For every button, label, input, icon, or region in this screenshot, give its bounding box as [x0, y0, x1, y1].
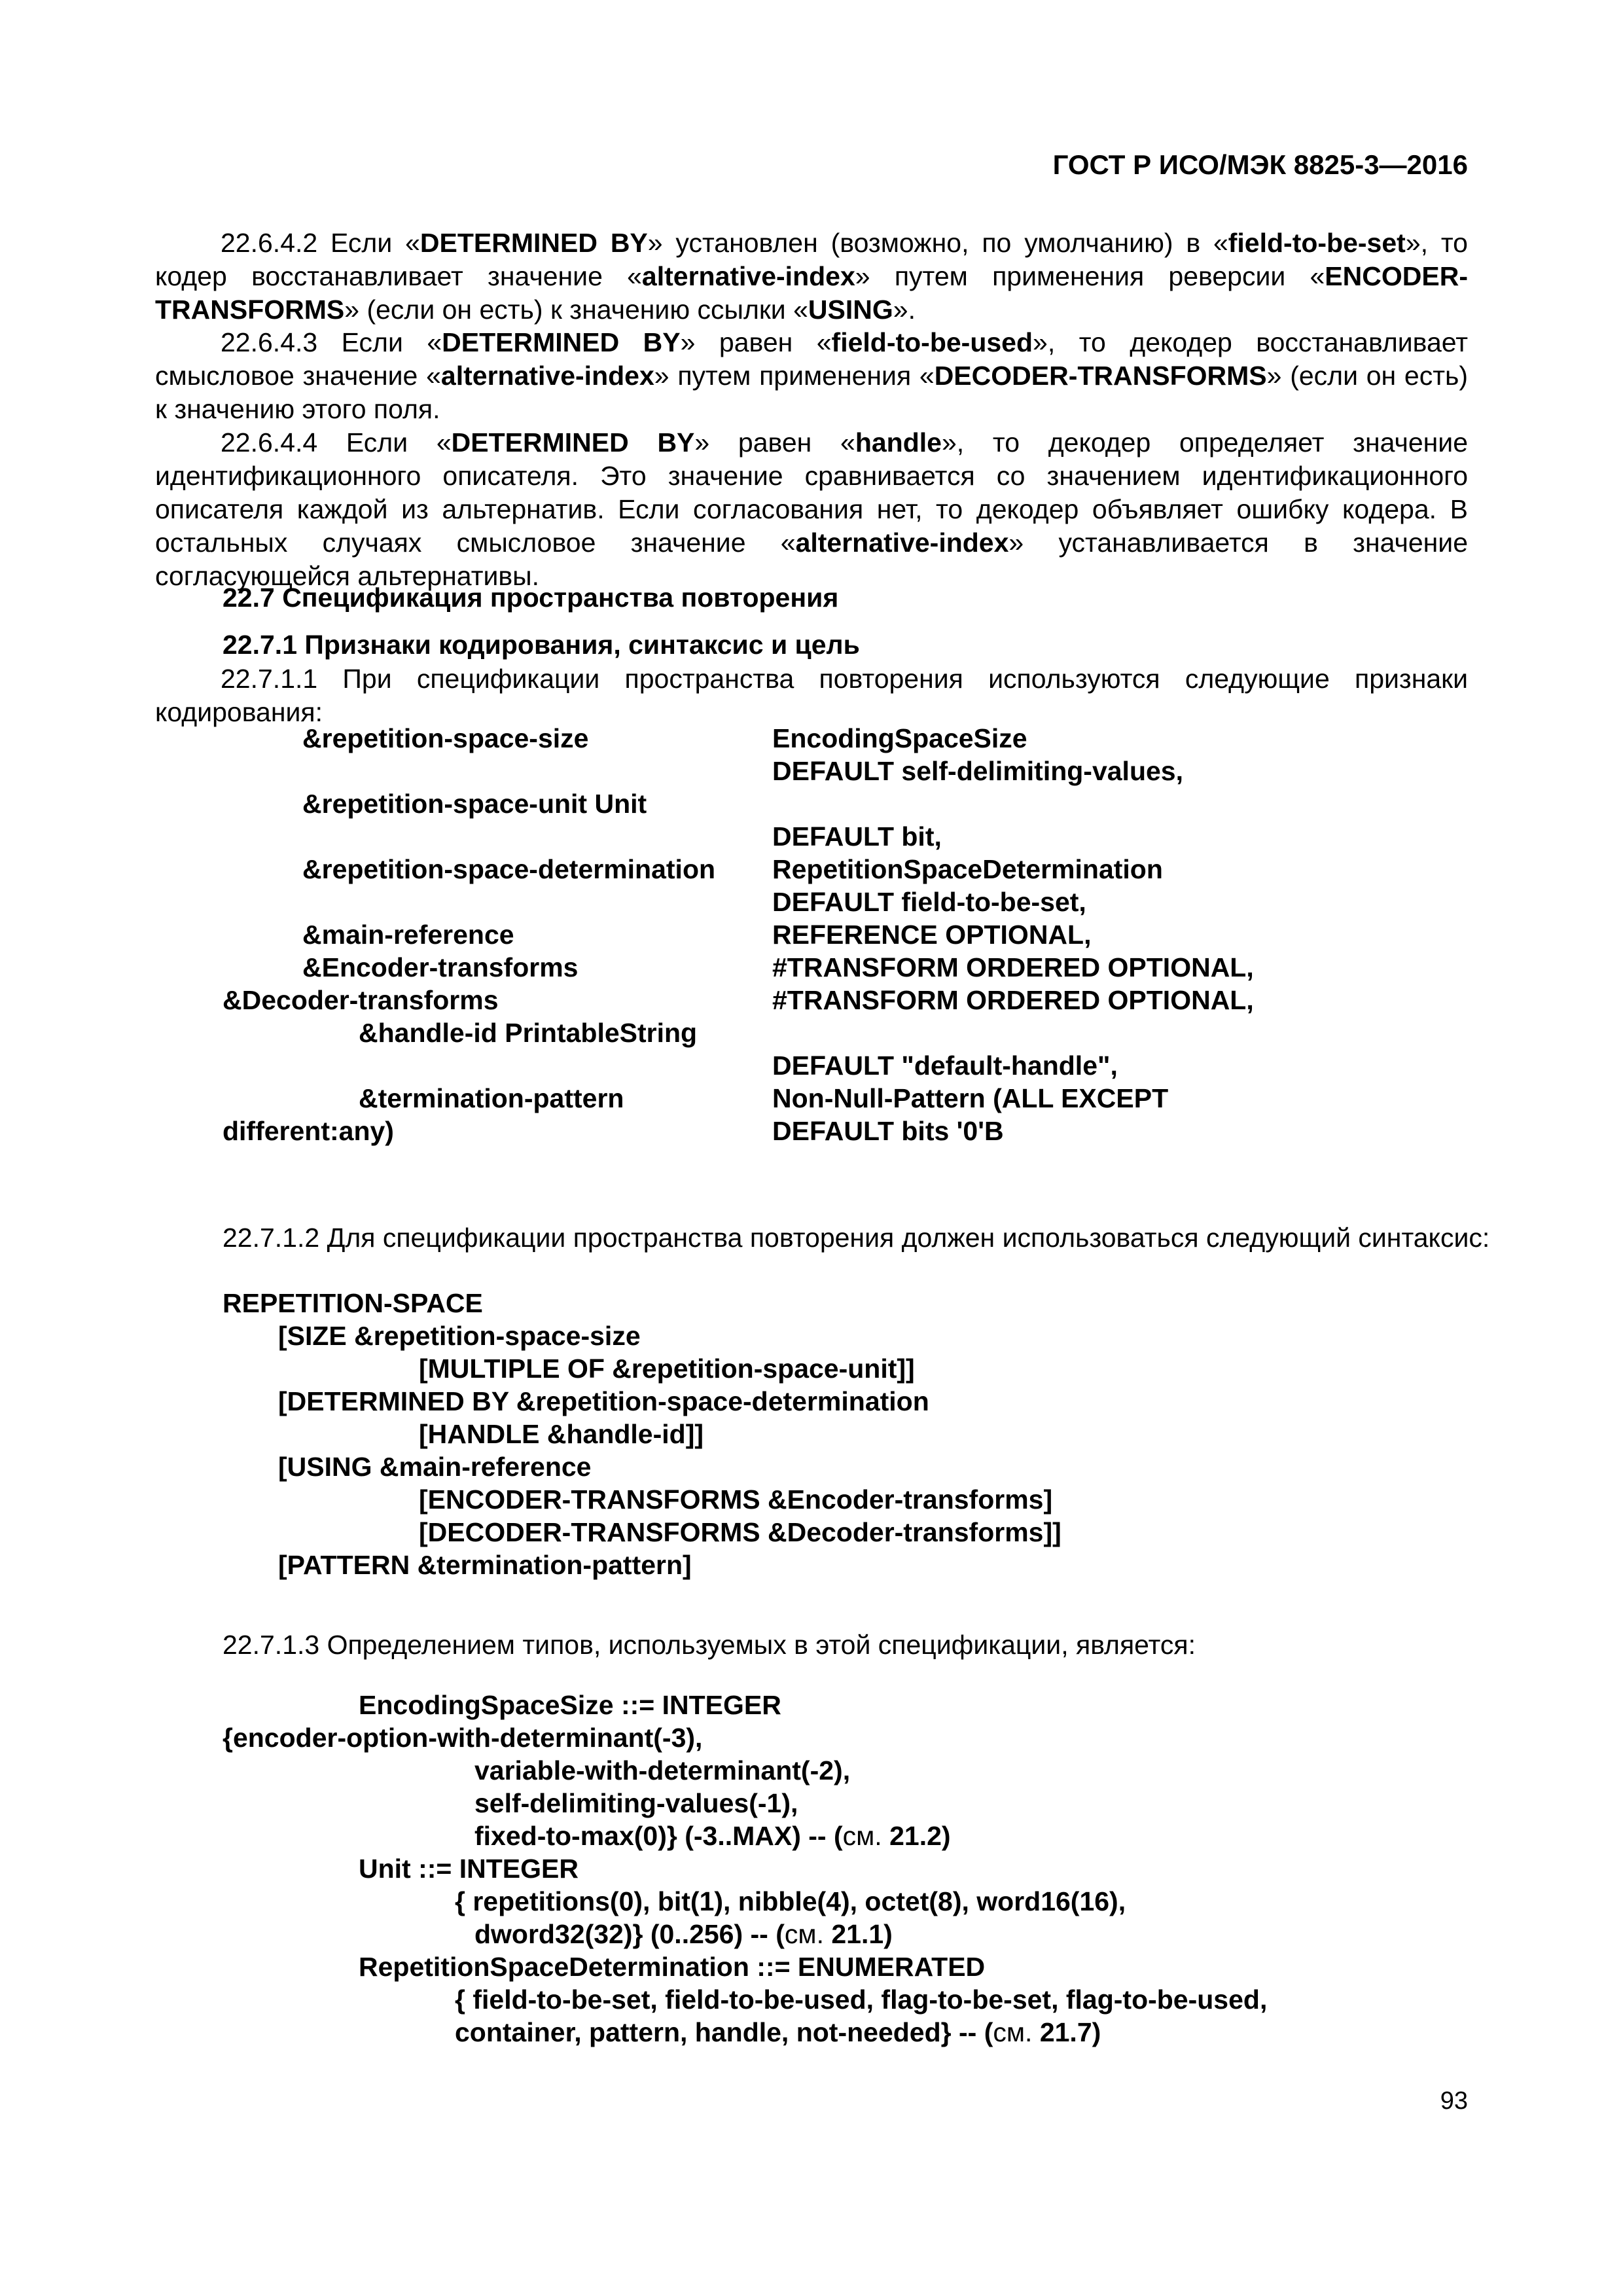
property-type: DEFAULT field-to-be-set, [772, 886, 1086, 919]
syntax-line: REPETITION-SPACE [223, 1287, 483, 1320]
page-number: 93 [1440, 2085, 1468, 2118]
syntax-line: [HANDLE &handle-id]] [419, 1418, 704, 1451]
section-heading-22-7: 22.7 Спецификация пространства повторени… [223, 581, 838, 615]
property-name: &handle-id PrintableString [359, 1016, 697, 1050]
bold-term: DECODER-TRANSFORMS [935, 361, 1267, 391]
type-definition-line: dword32(32)} (0..256) -- (см. 21.1) [474, 1918, 893, 1951]
syntax-line: [DETERMINED BY &repetition-space-determi… [278, 1385, 929, 1418]
syntax-line: [PATTERN &termination-pattern] [278, 1549, 692, 1582]
paragraph-22-6-4-2: 22.6.4.2 Если «DETERMINED BY» установлен… [155, 226, 1468, 327]
paragraph-text: » равен « [681, 327, 832, 357]
property-name: &Encoder-transforms [302, 951, 578, 984]
paragraph-22-7-1-3: 22.7.1.3 Определением типов, используемы… [223, 1628, 1196, 1662]
document-header-title: ГОСТ Р ИСО/МЭК 8825-3—2016 [1053, 148, 1468, 181]
property-name: &repetition-space-determination [302, 853, 715, 886]
paragraph-text: ». [893, 295, 916, 325]
property-name: &main-reference [302, 918, 514, 952]
paragraph-text: 22.6.4.4 Если « [221, 427, 452, 457]
type-definition-line: {encoder-option-with-determinant(-3), [223, 1721, 702, 1755]
paragraph-22-6-4-3: 22.6.4.3 Если «DETERMINED BY» равен «fie… [155, 326, 1468, 426]
type-definition-line: container, pattern, handle, not-needed} … [455, 2016, 1101, 2049]
property-type: DEFAULT "default-handle", [772, 1049, 1118, 1083]
type-definition-line: RepetitionSpaceDetermination ::= ENUMERA… [359, 1950, 985, 1984]
bold-term: alternative-index [441, 361, 654, 391]
subsection-heading-22-7-1: 22.7.1 Признаки кодирования, синтаксис и… [223, 628, 860, 662]
type-definition-line: self-delimiting-values(-1), [474, 1787, 798, 1820]
bold-term: DETERMINED BY [420, 228, 648, 258]
property-name: &repetition-space-unit Unit [302, 787, 647, 821]
property-type: #TRANSFORM ORDERED OPTIONAL, [772, 984, 1254, 1017]
bold-term: handle [855, 427, 942, 457]
type-definition-line: Unit ::= INTEGER [359, 1852, 579, 1886]
syntax-line: [SIZE &repetition-space-size [278, 1319, 641, 1353]
paragraph-text: » установлен (возможно, по умолчанию) в … [648, 228, 1228, 258]
bold-term: DETERMINED BY [452, 427, 695, 457]
bold-term: USING [808, 295, 893, 325]
property-name: &Decoder-transforms [223, 984, 499, 1017]
property-name: different:any) [223, 1115, 394, 1148]
paragraph-text: 22.7.1.1 При спецификации пространства п… [155, 664, 1468, 727]
bold-term: alternative-index [796, 528, 1009, 558]
cross-reference-label: см. [993, 2017, 1032, 2047]
property-type: DEFAULT bits '0'B [772, 1115, 1004, 1148]
paragraph-text: » путем применения реверсии « [855, 261, 1325, 291]
syntax-line: [ENCODER-TRANSFORMS &Encoder-transforms] [419, 1483, 1052, 1516]
paragraph-22-6-4-4: 22.6.4.4 Если «DETERMINED BY» равен «han… [155, 426, 1468, 593]
type-definition-line: { field-to-be-set, field-to-be-used, fla… [455, 1983, 1267, 2017]
paragraph-22-7-1-1: 22.7.1.1 При спецификации пространства п… [155, 662, 1468, 729]
bold-term: field-to-be-set [1228, 228, 1406, 258]
property-type: #TRANSFORM ORDERED OPTIONAL, [772, 951, 1254, 984]
type-definition-line: fixed-to-max(0)} (-3..MAX) -- (см. 21.2) [474, 1820, 951, 1853]
syntax-line: [USING &main-reference [278, 1450, 591, 1484]
bold-term: alternative-index [642, 261, 855, 291]
paragraph-text: » путем применения « [654, 361, 935, 391]
property-type: DEFAULT self-delimiting-values, [772, 755, 1183, 788]
bold-term: field-to-be-used [832, 327, 1033, 357]
property-type: Non-Null-Pattern (ALL EXCEPT [772, 1082, 1168, 1115]
cross-reference-label: см. [843, 1821, 882, 1851]
type-definition-line: { repetitions(0), bit(1), nibble(4), oct… [455, 1885, 1126, 1918]
property-name: &repetition-space-size [302, 722, 588, 755]
property-type: DEFAULT bit, [772, 820, 942, 853]
property-type: EncodingSpaceSize [772, 722, 1027, 755]
cross-reference-label: см. [785, 1919, 824, 1949]
paragraph-text: 22.6.4.3 Если « [221, 327, 442, 357]
bold-term: DETERMINED BY [442, 327, 681, 357]
type-definition-line: EncodingSpaceSize ::= INTEGER [359, 1689, 781, 1722]
paragraph-22-7-1-2: 22.7.1.2 Для спецификации пространства п… [223, 1221, 1489, 1255]
property-type: REFERENCE OPTIONAL, [772, 918, 1091, 952]
type-definition-line: variable-with-determinant(-2), [474, 1754, 850, 1787]
property-name: &termination-pattern [359, 1082, 624, 1115]
syntax-line: [DECODER-TRANSFORMS &Decoder-transforms]… [419, 1516, 1061, 1549]
paragraph-text: » равен « [694, 427, 855, 457]
property-type: RepetitionSpaceDetermination [772, 853, 1163, 886]
paragraph-text: » (если он есть) к значению ссылки « [344, 295, 808, 325]
syntax-line: [MULTIPLE OF &repetition-space-unit]] [419, 1352, 915, 1386]
paragraph-text: 22.6.4.2 Если « [221, 228, 420, 258]
